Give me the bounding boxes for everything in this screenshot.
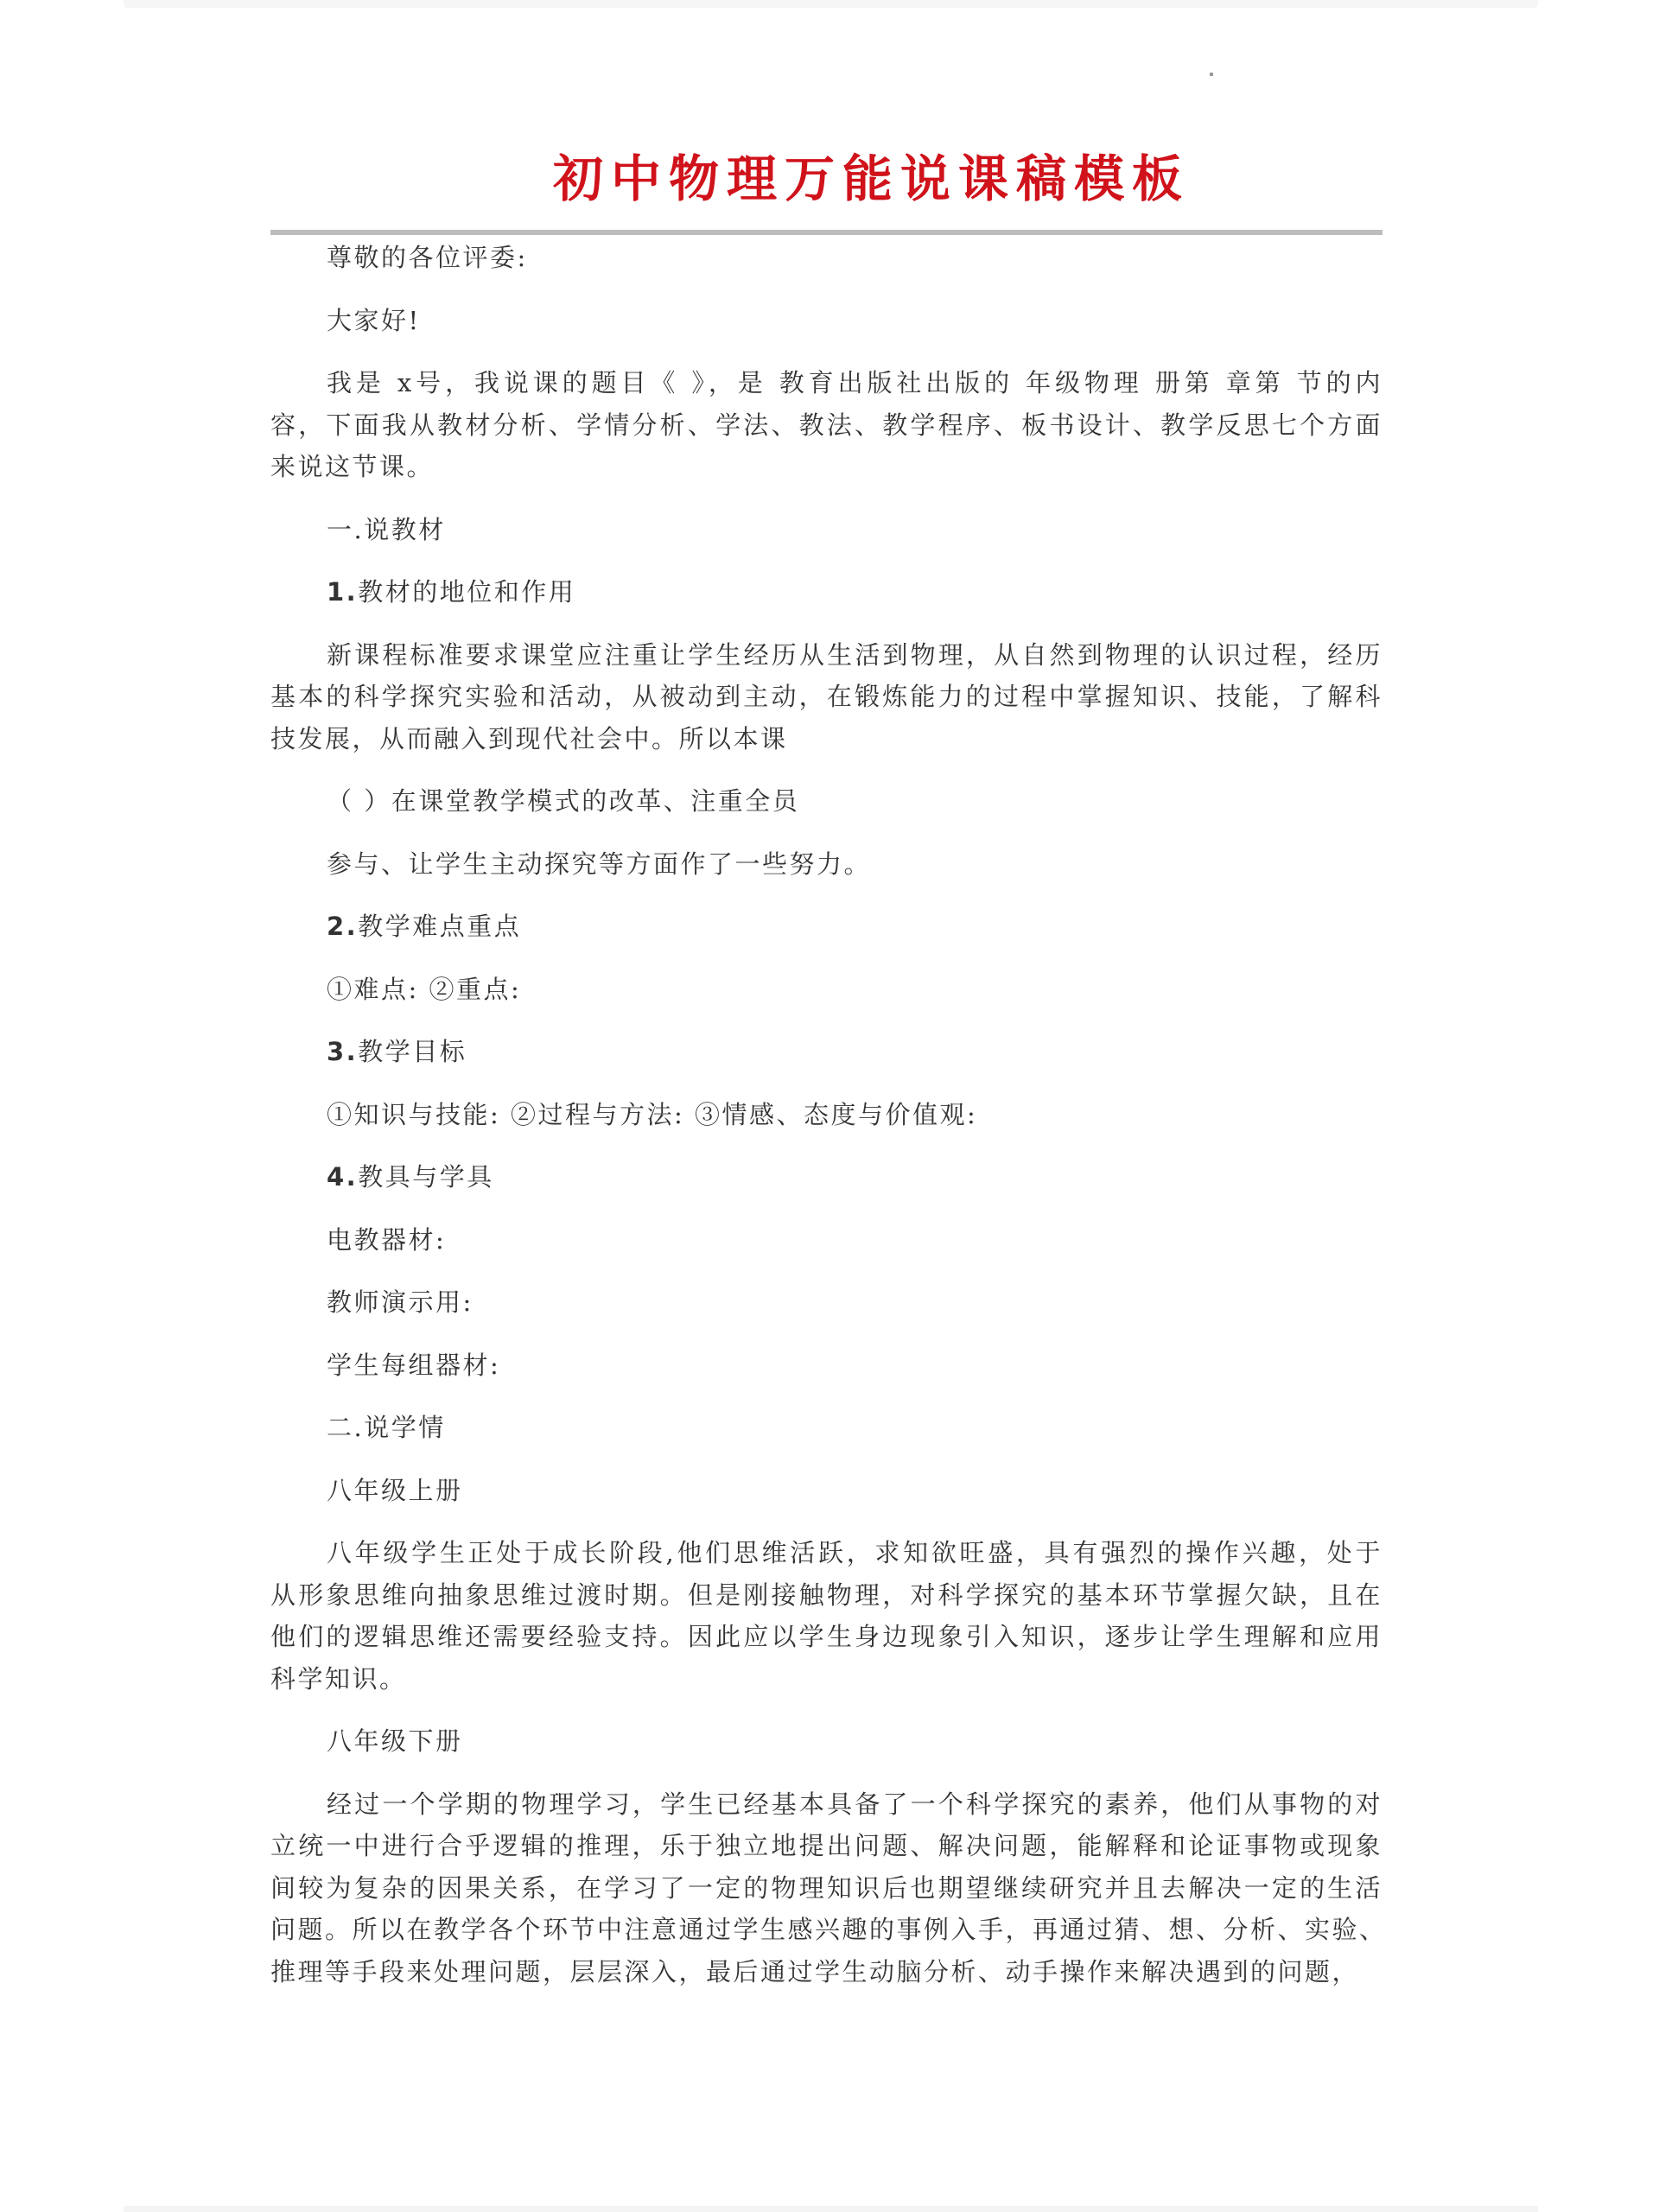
line-text: 教学难点重点 [358,912,521,941]
line-text: 科学知识。 [270,1664,407,1694]
line-text: 一.说教材 [327,515,446,544]
paragraph: ①知识与技能: ②过程与方法: ③情感、态度与价值观: [270,1094,1382,1136]
line-text: 大家好! [327,306,421,335]
page-bottom-edge [124,2206,1538,2212]
text-line: 电教器材: [270,1219,1382,1262]
text-line: 他们的逻辑思维还需要经验支持。因此应以学生身边现象引入知识，逐步让学生理解和应用 [270,1616,1382,1658]
line-text: 八年级下册 [327,1726,463,1756]
section-number: 3. [327,1037,358,1066]
line-text: 八年级学生正处于成长阶段,他们思维活跃，求知欲旺盛，具有强烈的操作兴趣，处于 [327,1538,1382,1567]
line-text: 教材的地位和作用 [358,577,575,607]
section-number: 1. [327,577,358,607]
line-text: 技发展，从而融入到现代社会中。所以本课 [270,724,788,753]
line-text: 尊敬的各位评委: [327,243,528,272]
paragraph: 学生每组器材: [270,1344,1382,1387]
text-line: 间较为复杂的因果关系，在学习了一定的物理知识后也期望继续研究并且去解决一定的生活 [270,1867,1382,1910]
line-text: 经过一个学期的物理学习，学生已经基本具备了一个科学探究的素养，他们从事物的对 [327,1789,1382,1819]
text-line: 八年级下册 [270,1720,1382,1763]
paragraph: 电教器材: [270,1219,1382,1262]
text-line: 3.教学目标 [270,1031,1382,1073]
paragraph: 八年级学生正处于成长阶段,他们思维活跃，求知欲旺盛，具有强烈的操作兴趣，处于从形… [270,1532,1382,1700]
line-text: 他们的逻辑思维还需要经验支持。因此应以学生身边现象引入知识，逐步让学生理解和应用 [270,1622,1382,1651]
paragraph: 尊敬的各位评委: [270,237,1382,279]
line-text: 我是 x号，我说课的题目《 》，是 教育出版社出版的 年级物理 册第 章第 节的… [327,368,1382,397]
text-line: 来说这节课。 [270,446,1382,488]
paragraph: 4.教具与学具 [270,1156,1382,1198]
line-text: 学生每组器材: [327,1351,500,1380]
line-text: 新课程标准要求课堂应注重让学生经历从生活到物理，从自然到物理的认识过程，经历 [327,640,1382,670]
text-line: 科学知识。 [270,1658,1382,1700]
line-text: 八年级上册 [327,1476,463,1505]
paragraph: 八年级上册 [270,1470,1382,1512]
line-text: 教学目标 [358,1037,467,1066]
text-line: 大家好! [270,300,1382,342]
text-line: 八年级学生正处于成长阶段,他们思维活跃，求知欲旺盛，具有强烈的操作兴趣，处于 [270,1532,1382,1574]
text-line: ①知识与技能: ②过程与方法: ③情感、态度与价值观: [270,1094,1382,1136]
line-text: 来说这节课。 [270,452,434,481]
paragraph: 二.说学情 [270,1407,1382,1449]
paragraph: 1.教材的地位和作用 [270,571,1382,613]
text-line: 参与、让学生主动探究等方面作了一些努力。 [270,843,1382,886]
section-number: 4. [327,1162,358,1192]
text-line: （ ）在课堂教学模式的改革、注重全员 [270,780,1382,823]
paragraph: ①难点: ②重点: [270,969,1382,1011]
text-line: 容，下面我从教材分析、学情分析、学法、教法、教学程序、板书设计、教学反思七个方面 [270,404,1382,447]
line-text: ①知识与技能: ②过程与方法: ③情感、态度与价值观: [327,1100,977,1129]
text-line: 经过一个学期的物理学习，学生已经基本具备了一个科学探究的素养，他们从事物的对 [270,1783,1382,1826]
paragraph: 教师演示用: [270,1281,1382,1324]
text-line: 八年级上册 [270,1470,1382,1512]
text-line: 立统一中进行合乎逻辑的推理，乐于独立地提出问题、解决问题，能解释和论证事物或现象 [270,1825,1382,1867]
text-line: 一.说教材 [270,509,1382,551]
text-line: 1.教材的地位和作用 [270,571,1382,613]
line-text: 从形象思维向抽象思维过渡时期。但是刚接触物理，对科学探究的基本环节掌握欠缺，且在 [270,1580,1382,1610]
paragraph: 2.教学难点重点 [270,906,1382,948]
paragraph: 经过一个学期的物理学习，学生已经基本具备了一个科学探究的素养，他们从事物的对立统… [270,1783,1382,1993]
paragraph: 一.说教材 [270,509,1382,551]
section-number: 2. [327,912,358,941]
text-line: 问题。所以在教学各个环节中注意通过学生感兴趣的事例入手，再通过猜、想、分析、实验… [270,1909,1382,1951]
paragraph: 3.教学目标 [270,1031,1382,1073]
document-title: 初中物理万能说课稿模板 [553,149,1106,209]
line-text: 间较为复杂的因果关系，在学习了一定的物理知识后也期望继续研究并且去解决一定的生活 [270,1873,1382,1903]
paragraph: 参与、让学生主动探究等方面作了一些努力。 [270,843,1382,886]
text-line: 2.教学难点重点 [270,906,1382,948]
text-line: 尊敬的各位评委: [270,237,1382,279]
line-text: 基本的科学探究实验和活动，从被动到主动，在锻炼能力的过程中掌握知识、技能，了解科 [270,682,1382,711]
text-line: 推理等手段来处理问题，层层深入，最后通过学生动脑分析、动手操作来解决遇到的问题， [270,1951,1382,1993]
document-body: 尊敬的各位评委:大家好!我是 x号，我说课的题目《 》，是 教育出版社出版的 年… [270,237,1382,2013]
page-top-edge [124,0,1538,8]
paragraph: 八年级下册 [270,1720,1382,1763]
text-line: 我是 x号，我说课的题目《 》，是 教育出版社出版的 年级物理 册第 章第 节的… [270,362,1382,404]
page-mark [1210,73,1213,76]
line-text: （ ）在课堂教学模式的改革、注重全员 [327,786,799,816]
paragraph: 大家好! [270,300,1382,342]
paragraph: 新课程标准要求课堂应注重让学生经历从生活到物理，从自然到物理的认识过程，经历基本… [270,634,1382,760]
paragraph: 我是 x号，我说课的题目《 》，是 教育出版社出版的 年级物理 册第 章第 节的… [270,362,1382,488]
text-line: 学生每组器材: [270,1344,1382,1387]
line-text: 容，下面我从教材分析、学情分析、学法、教法、教学程序、板书设计、教学反思七个方面 [270,410,1382,440]
text-line: 技发展，从而融入到现代社会中。所以本课 [270,718,1382,760]
text-line: 从形象思维向抽象思维过渡时期。但是刚接触物理，对科学探究的基本环节掌握欠缺，且在 [270,1574,1382,1617]
line-text: 推理等手段来处理问题，层层深入，最后通过学生动脑分析、动手操作来解决遇到的问题， [270,1957,1359,1986]
line-text: 教师演示用: [327,1287,474,1317]
line-text: 电教器材: [327,1225,446,1255]
paragraph: （ ）在课堂教学模式的改革、注重全员 [270,780,1382,823]
text-line: ①难点: ②重点: [270,969,1382,1011]
line-text: ①难点: ②重点: [327,975,521,1004]
text-line: 新课程标准要求课堂应注重让学生经历从生活到物理，从自然到物理的认识过程，经历 [270,634,1382,677]
text-line: 4.教具与学具 [270,1156,1382,1198]
line-text: 问题。所以在教学各个环节中注意通过学生感兴趣的事例入手，再通过猜、想、分析、实验… [270,1915,1382,1944]
text-line: 基本的科学探究实验和活动，从被动到主动，在锻炼能力的过程中掌握知识、技能，了解科 [270,676,1382,718]
text-line: 教师演示用: [270,1281,1382,1324]
line-text: 教具与学具 [358,1162,494,1192]
title-divider [270,230,1382,235]
line-text: 参与、让学生主动探究等方面作了一些努力。 [327,849,871,879]
text-line: 二.说学情 [270,1407,1382,1449]
line-text: 立统一中进行合乎逻辑的推理，乐于独立地提出问题、解决问题，能解释和论证事物或现象 [270,1831,1382,1860]
line-text: 二.说学情 [327,1413,446,1442]
